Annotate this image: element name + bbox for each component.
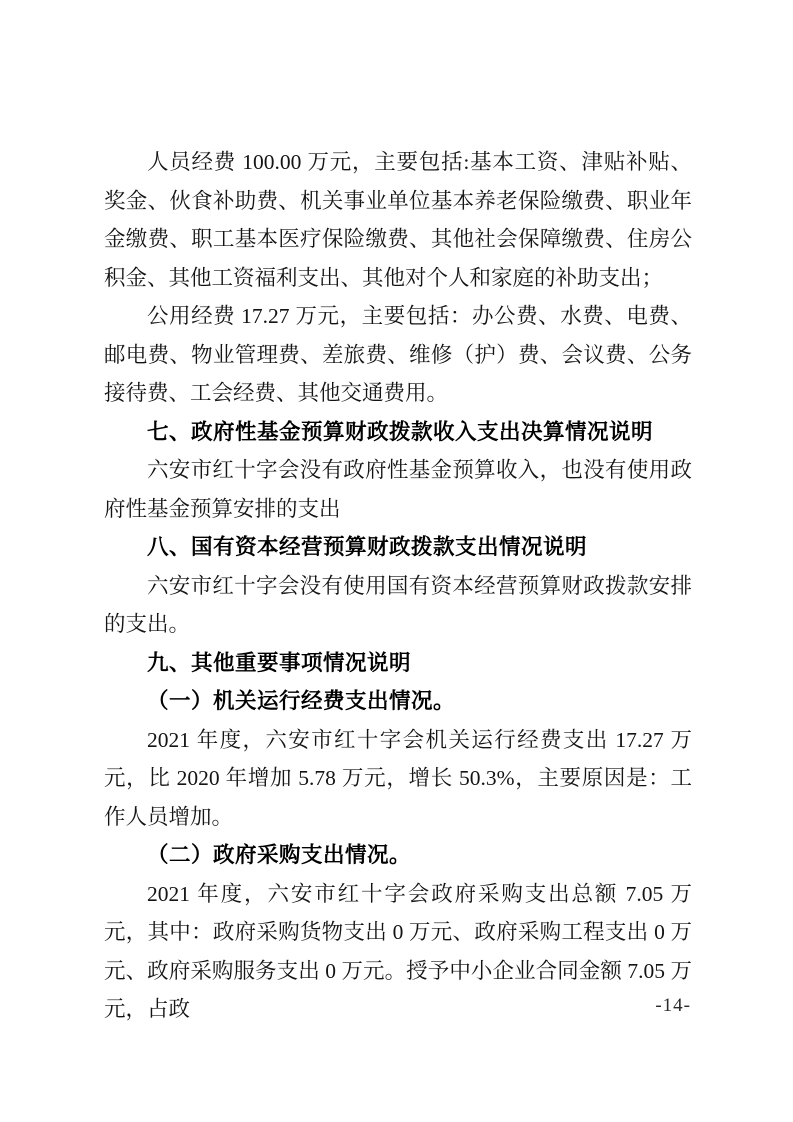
body-paragraph: 公用经费 17.27 万元，主要包括：办公费、水费、电费、邮电费、物业管理费、差… [104,297,692,413]
document-page: 人员经费 100.00 万元，主要包括:基本工资、津贴补贴、奖金、伙食补助费、机… [0,0,793,1122]
section-heading: （二）政府采购支出情况。 [104,836,692,875]
section-heading: 九、其他重要事项情况说明 [104,644,692,683]
section-heading: 七、政府性基金预算财政拨款收入支出决算情况说明 [104,413,692,452]
section-heading: （一）机关运行经费支出情况。 [104,682,692,721]
body-paragraph: 2021 年度，六安市红十字会机关运行经费支出 17.27 万元，比 2020 … [104,721,692,837]
page-number: -14- [655,995,691,1017]
body-paragraph: 六安市红十字会没有使用国有资本经营预算财政拨款安排的支出。 [104,567,692,644]
body-paragraph: 2021 年度，六安市红十字会政府采购支出总额 7.05 万元，其中：政府采购货… [104,875,692,1029]
document-content: 人员经费 100.00 万元，主要包括:基本工资、津贴补贴、奖金、伙食补助费、机… [104,143,692,1029]
body-paragraph: 六安市红十字会没有政府性基金预算收入，也没有使用政府性基金预算安排的支出 [104,451,692,528]
body-paragraph: 人员经费 100.00 万元，主要包括:基本工资、津贴补贴、奖金、伙食补助费、机… [104,143,692,297]
section-heading: 八、国有资本经营预算财政拨款支出情况说明 [104,528,692,567]
